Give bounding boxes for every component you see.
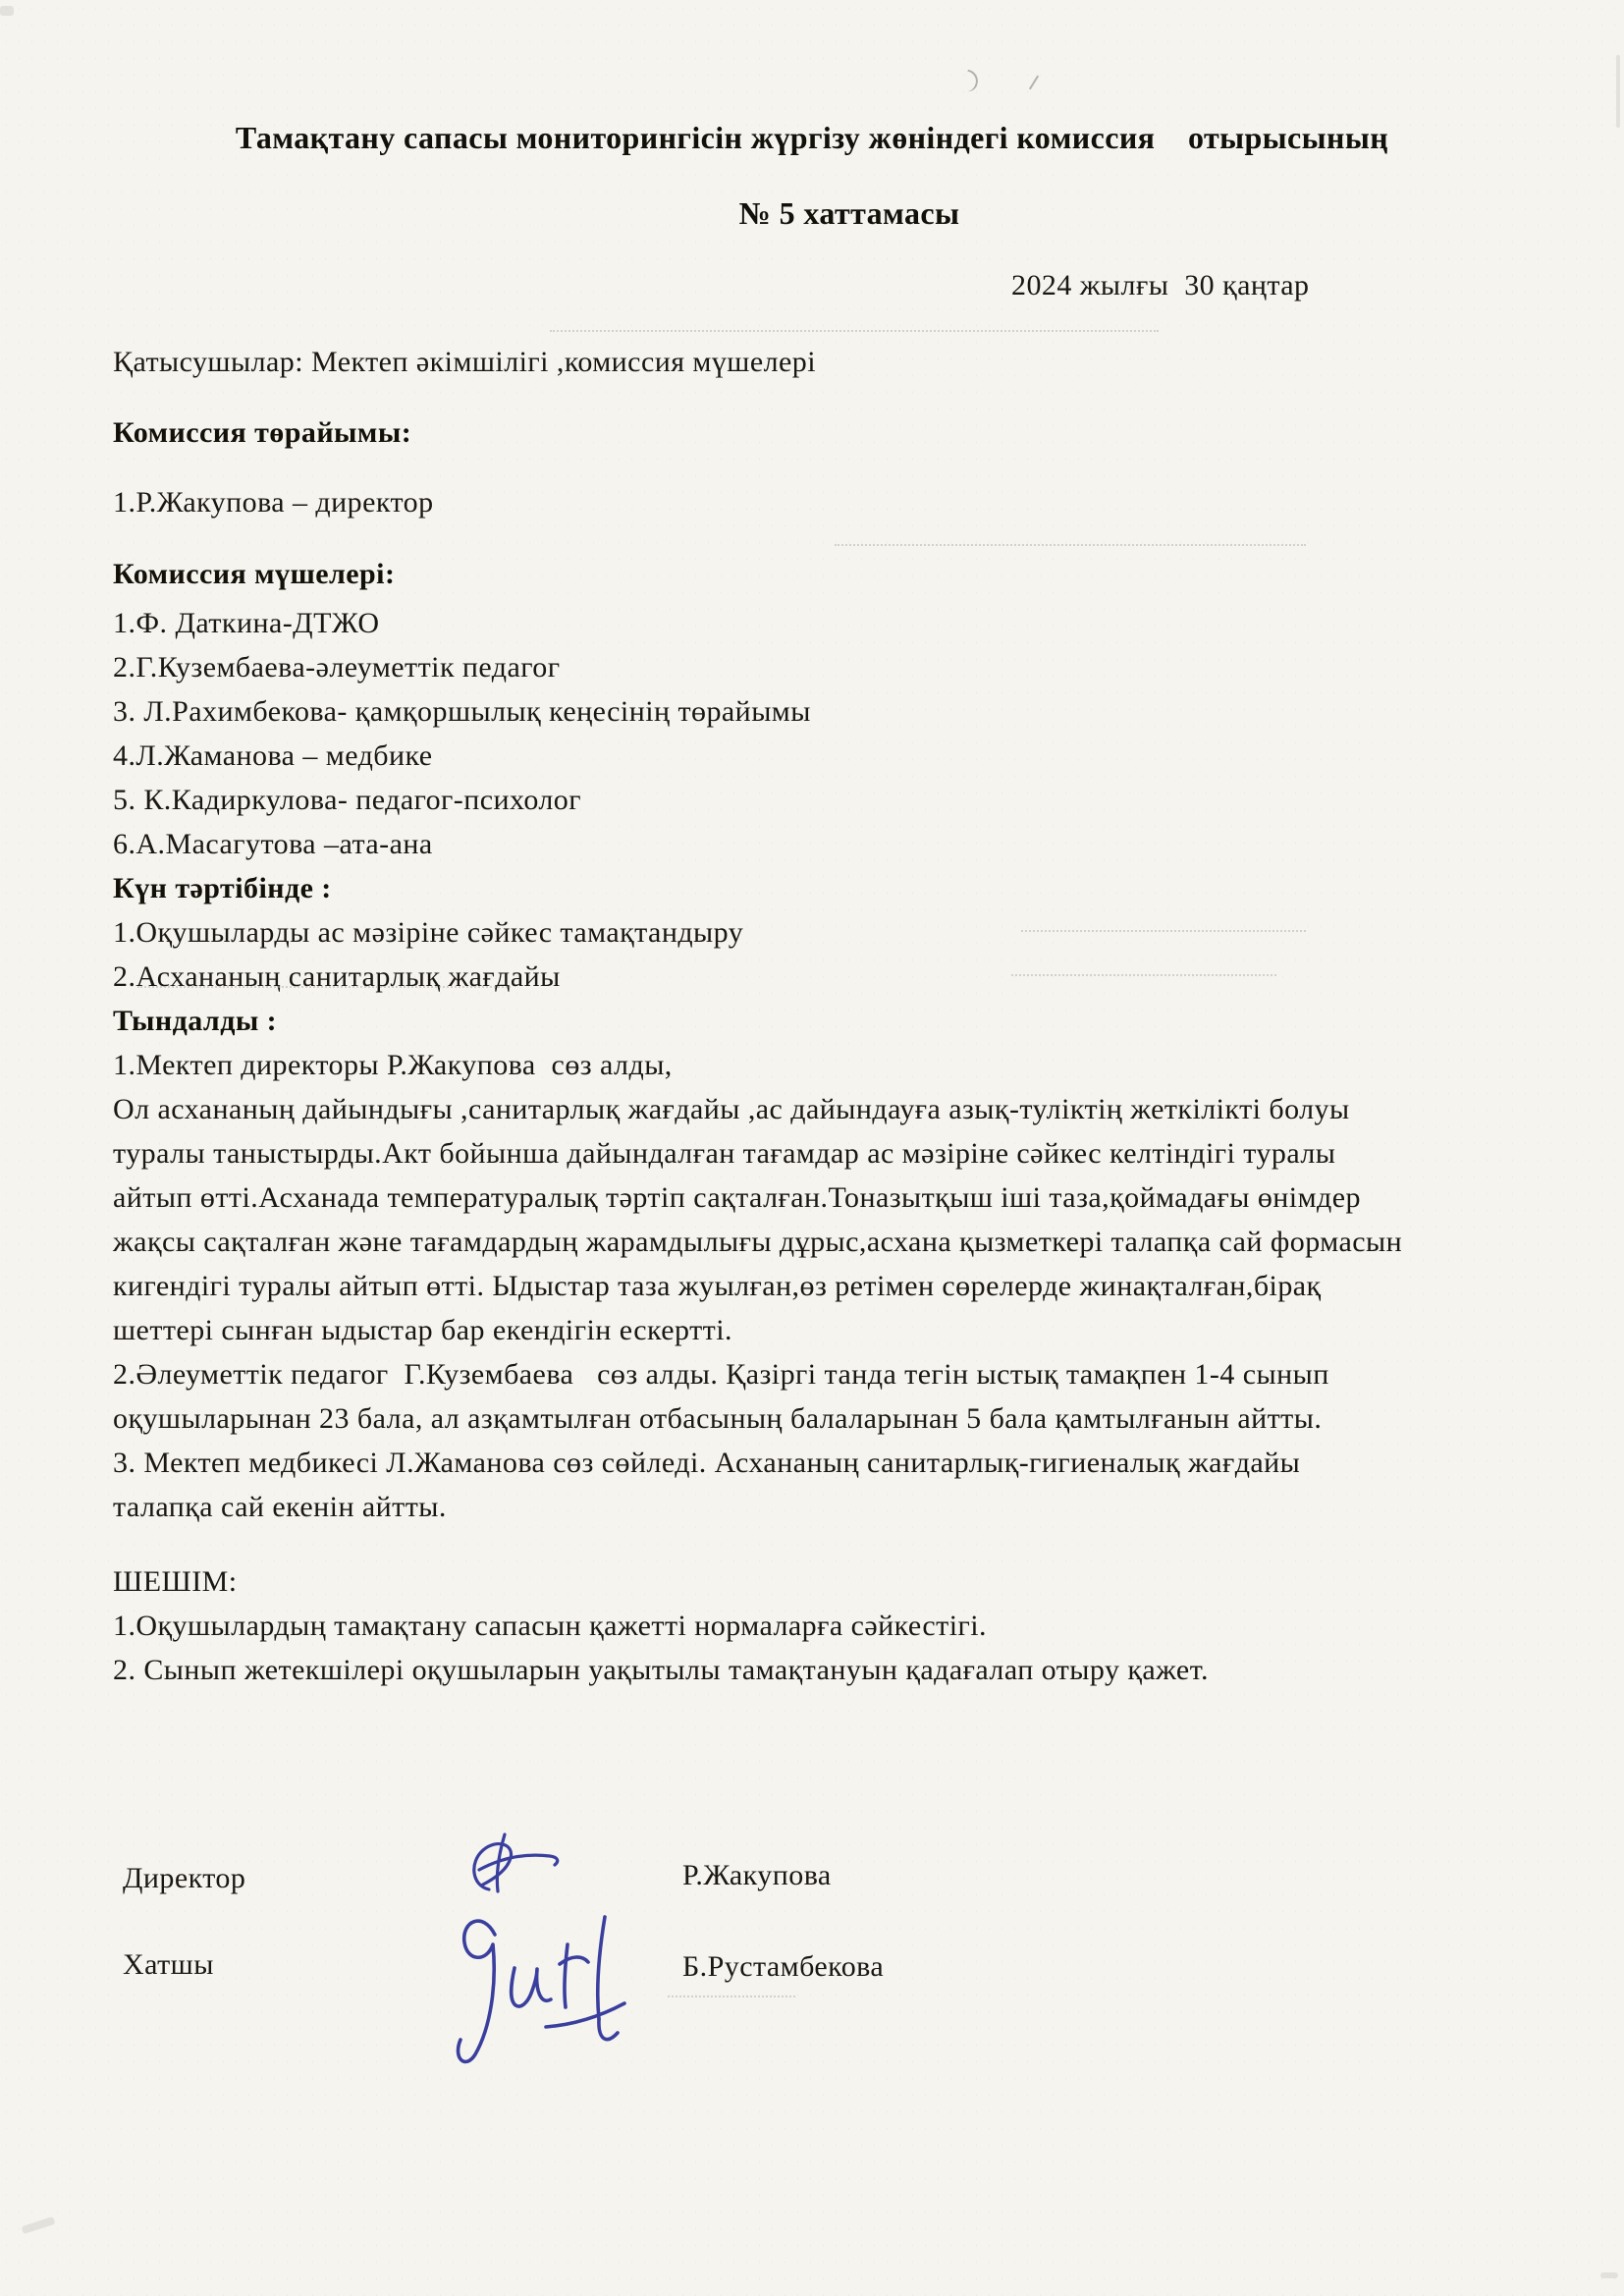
document-title-line1: Тамақтану сапасы мониторингісін жүргізу … [0, 120, 1624, 156]
member-item: 2.Г.Кузембаева-әлеуметтік педагог [113, 645, 1556, 689]
participants-line: Қатысушылар: Мектеп әкімшілігі ,комиссия… [113, 346, 816, 379]
heard-line: айтып өтті.Асханада температуралық тәрті… [113, 1175, 1556, 1220]
scan-artifact-bleedline [668, 1995, 795, 1997]
heard-line: талапқа сай екенін айтты. [113, 1485, 1556, 1529]
scan-artifact-pencil-mark [1029, 76, 1039, 90]
secretary-signature [450, 1901, 656, 2078]
member-item: 6.А.Масагутова –ата-ана [113, 822, 1556, 866]
members-heading: Комиссия мүшелері: [113, 558, 395, 591]
scan-artifact-edge [22, 2216, 56, 2234]
member-item: 3. Л.Рахимбекова- қамқоршылық кеңесінің … [113, 689, 1556, 734]
director-signature [460, 1829, 597, 1907]
main-body: 1.Ф. Даткина-ДТЖО 2.Г.Кузембаева-әлеумет… [113, 601, 1556, 1529]
member-item: 1.Ф. Даткина-ДТЖО [113, 601, 1556, 645]
heard-line: 2.Әлеуметтік педагог Г.Кузембаева сөз ал… [113, 1352, 1556, 1396]
heard-line: оқушыларынан 23 бала, ал азқамтылған отб… [113, 1396, 1556, 1441]
agenda-heading: Күн тәртібінде : [113, 866, 1556, 910]
member-item: 4.Л.Жаманова – медбике [113, 734, 1556, 778]
chair-heading: Комиссия төрайымы: [113, 416, 411, 450]
signature-role-director: Директор [123, 1862, 245, 1895]
decision-block: ШЕШІМ: 1.Оқушылардың тамақтану сапасын қ… [113, 1559, 1556, 1692]
heard-line: кигендігі туралы айтып өтті. Ыдыстар таз… [113, 1264, 1556, 1308]
heard-line: жақсы сақталған және тағамдардың жарамды… [113, 1220, 1556, 1264]
heard-line: Ол асхананың дайындығы ,санитарлық жағда… [113, 1087, 1556, 1131]
decision-heading: ШЕШІМ: [113, 1559, 1556, 1604]
signature-role-secretary: Хатшы [123, 1948, 214, 1982]
document-title-line2: № 5 хаттамасы [37, 195, 1624, 232]
chair-line: 1.Р.Жакупова – директор [113, 486, 434, 519]
scan-artifact-edge [1600, 2272, 1618, 2278]
signature-name-director: Р.Жакупова [682, 1859, 832, 1892]
decision-item: 1.Оқушылардың тамақтану сапасын қажетті … [113, 1604, 1556, 1648]
agenda-item: 1.Оқушыларды ас мәзіріне сәйкес тамақтан… [113, 910, 1556, 955]
scan-artifact-edge [1616, 55, 1620, 128]
heard-heading: Тындалды : [113, 999, 1556, 1043]
document-date: 2024 жылғы 30 қаңтар [1011, 269, 1310, 302]
scanned-protocol-page: Тамақтану сапасы мониторингісін жүргізу … [0, 0, 1624, 2296]
scan-artifact-pencil-mark [963, 70, 981, 93]
scan-artifact-edge [0, 6, 14, 16]
signature-name-secretary: Б.Рустамбекова [682, 1950, 884, 1984]
heard-line: 3. Мектеп медбикесі Л.Жаманова сөз сөйле… [113, 1441, 1556, 1485]
heard-line: туралы таныстырды.Акт бойынша дайындалға… [113, 1131, 1556, 1175]
member-item: 5. К.Кадиркулова- педагог-психолог [113, 778, 1556, 822]
decision-item: 2. Сынып жетекшілері оқушыларын уақытылы… [113, 1648, 1556, 1692]
agenda-item: 2.Асхананың санитарлық жағдайы [113, 955, 1556, 999]
heard-line: 1.Мектеп директоры Р.Жакупова сөз алды, [113, 1043, 1556, 1087]
scan-artifact-bleedline [550, 330, 1159, 332]
scan-artifact-bleedline [835, 544, 1306, 546]
heard-line: шеттері сынған ыдыстар бар екендігін еск… [113, 1308, 1556, 1352]
